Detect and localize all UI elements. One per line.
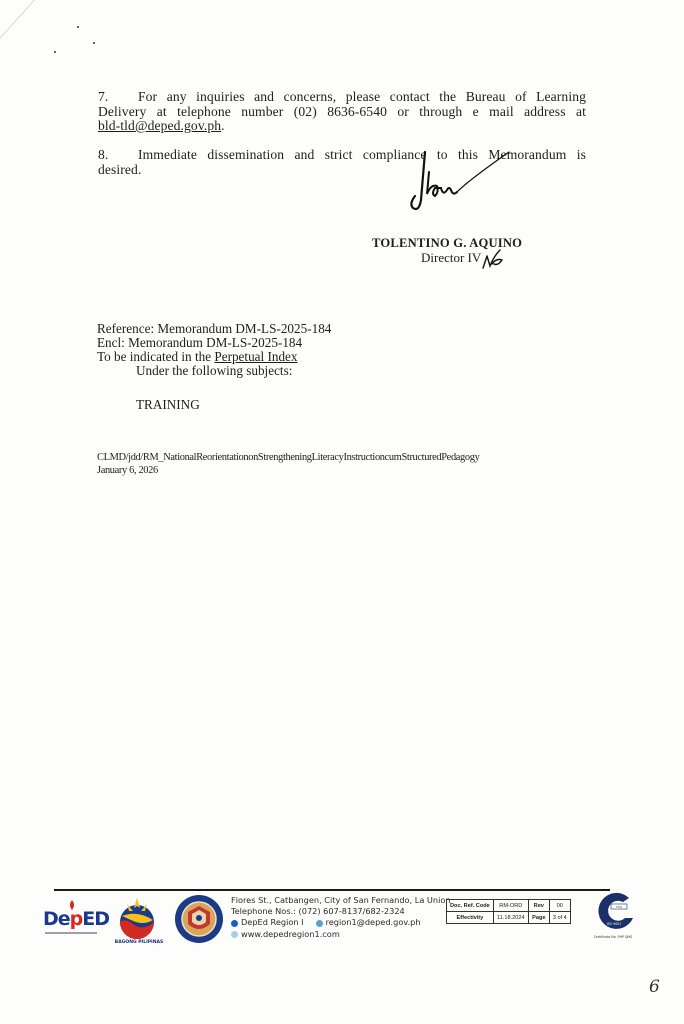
effectivity-label: Effectivity xyxy=(447,912,494,924)
email-link[interactable]: bld-tld@deped.gov.ph xyxy=(98,118,221,133)
rev-value: 00 xyxy=(549,900,570,912)
doc-ref-code-label: Doc. Ref. Code xyxy=(447,900,494,912)
paper-crease xyxy=(0,0,87,61)
email-icon xyxy=(316,920,323,927)
footer-contact: Flores St., Catbangen, City of San Ferna… xyxy=(231,895,451,940)
page-value: 3 of 4 xyxy=(549,912,570,924)
globe-icon xyxy=(231,931,238,938)
tracking-block: CLMD/jdd/RM_NationalReorientationonStren… xyxy=(97,451,479,477)
bagong-pilipinas-emblem-icon xyxy=(113,896,161,940)
subject-training: TRAINING xyxy=(136,398,200,412)
svg-text:TÜV: TÜV xyxy=(615,904,623,909)
doc-ref-code-value: RM-ORD xyxy=(493,900,528,912)
deped-logo: DepED xyxy=(43,904,101,940)
facebook-icon xyxy=(231,920,238,927)
signature-icon xyxy=(405,150,515,220)
perpetual-index-line: To be indicated in the Perpetual Index xyxy=(97,350,298,364)
deped-region-seal-icon xyxy=(174,894,224,944)
paragraph-7-line-2: Delivery at telephone number (02) 8636-6… xyxy=(98,105,586,120)
torch-flame-icon xyxy=(68,900,76,910)
speck xyxy=(77,26,79,28)
iso-certification-icon: TÜV ISO 9001 xyxy=(591,890,637,932)
speck xyxy=(93,42,95,44)
speck xyxy=(54,51,56,53)
paragraph-7: 7.For any inquiries and concerns, please… xyxy=(98,90,586,134)
subjects-label: Under the following subjects: xyxy=(136,364,292,378)
initials-icon xyxy=(480,246,506,270)
footer-email[interactable]: region1@deped.gov.ph xyxy=(326,917,421,928)
bagong-pilipinas-logo: BAGONG PILIPINAS xyxy=(113,896,161,948)
rev-label: Rev xyxy=(528,900,549,912)
tracking-code: CLMD/jdd/RM_NationalReorientationonStren… xyxy=(97,451,479,464)
page-label: Page xyxy=(528,912,549,924)
iso-certificate-number: Certificate No. PHP QMS xyxy=(590,935,636,939)
footer-address: Flores St., Catbangen, City of San Ferna… xyxy=(231,895,451,906)
paragraph-7-line-1: 7.For any inquiries and concerns, please… xyxy=(98,90,586,105)
document-control-table: Doc. Ref. Code RM-ORD Rev 00 Effectivity… xyxy=(446,899,571,924)
perpetual-index-link: Perpetual Index xyxy=(214,349,297,364)
paragraph-7-line-3: bld-tld@deped.gov.ph. xyxy=(98,119,586,134)
effectivity-value: 11.18.2024 xyxy=(493,912,528,924)
footer-website[interactable]: www.depedregion1.com xyxy=(241,929,340,940)
enclosure-line: Encl: Memorandum DM-LS-2025-184 xyxy=(97,336,302,350)
document-date: January 6, 2026 xyxy=(97,464,479,477)
signatory-title: Director IV xyxy=(421,250,481,266)
handwritten-page-mark: 6 xyxy=(649,977,660,997)
reference-line: Reference: Memorandum DM-LS-2025-184 xyxy=(97,322,331,336)
footer-rule xyxy=(54,889,610,891)
footer-telephone: Telephone Nos.: (072) 607-8137/682-2324 xyxy=(231,906,451,917)
footer-facebook[interactable]: DepEd Region I xyxy=(241,917,304,928)
svg-text:ISO 9001: ISO 9001 xyxy=(607,922,622,926)
